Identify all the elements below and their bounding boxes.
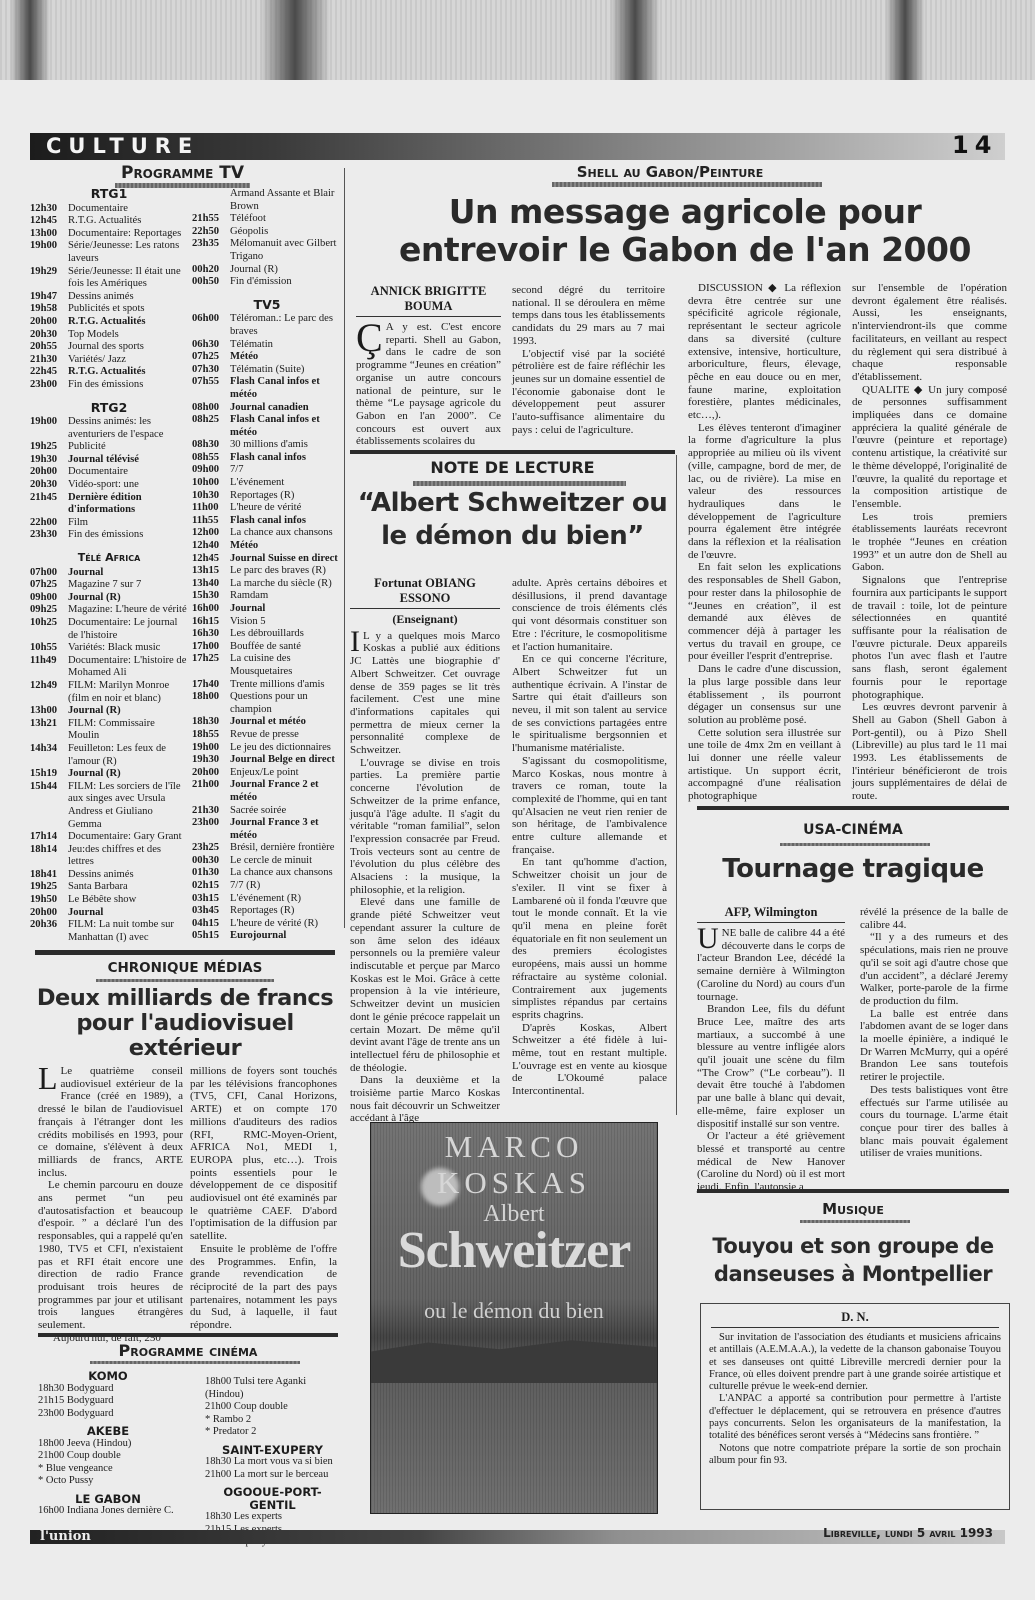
tv-time: 19h30 bbox=[192, 754, 230, 767]
tv-show: Journal canadien bbox=[230, 402, 342, 415]
scan-margin-top bbox=[0, 0, 1035, 80]
tv-listing-row: 21h30Sacrée soirée bbox=[192, 805, 342, 818]
kicker-rule bbox=[90, 1361, 300, 1364]
cinema-venue: SAINT-EXUPERY bbox=[205, 1444, 340, 1457]
paragraph: En tant qu'homme d'action, Schweitzer ch… bbox=[512, 856, 667, 1021]
tv-show: Magazine: L'heure de vérité bbox=[68, 604, 188, 617]
tv-time: 12h40 bbox=[192, 540, 230, 553]
tv-show: Météo bbox=[230, 351, 342, 364]
tv-listing-row: 19h25Santa Barbara bbox=[30, 881, 188, 894]
cinema-venue: OGOOUE-PORT-GENTIL bbox=[205, 1486, 340, 1511]
tv-listing-row: 13h00Journal (R) bbox=[30, 705, 188, 718]
tv-show: Téléroman.: Le parc des braves bbox=[230, 313, 342, 338]
tv-time: 13h21 bbox=[30, 718, 68, 743]
tv-time: 07h25 bbox=[30, 579, 68, 592]
tv-listing-row: 06h00Téléroman.: Le parc des braves bbox=[192, 313, 342, 338]
tv-listing-row: 09h25Magazine: L'heure de vérité bbox=[30, 604, 188, 617]
kicker-rule bbox=[780, 843, 930, 846]
paragraph: La balle est entrée dans l'abdomen avant… bbox=[860, 1008, 1008, 1084]
byline: AFP, Wilmington bbox=[697, 905, 845, 923]
tv-show: Jeu:des chiffres et des lettres bbox=[68, 844, 188, 869]
paragraph: Les œuvres devront parvenir à Shell au G… bbox=[852, 701, 1007, 803]
cinema-listings-right: 18h00 Tulsi tere Aganki (Hindou)21h00 Co… bbox=[205, 1376, 340, 1549]
cinema-showing: * Predator 2 bbox=[205, 1426, 340, 1439]
tv-listing-row: 13h40La marche du siècle (R) bbox=[192, 578, 342, 591]
tv-time: 21h45 bbox=[30, 492, 68, 517]
tv-listing-row: 08h25Flash Canal infos et météo bbox=[192, 414, 342, 439]
tv-listings-left: RTG1 12h30Documentaire12h45R.T.G. Actual… bbox=[30, 186, 188, 944]
tv-show: Dernière édition d'informations bbox=[68, 492, 188, 517]
tv-time: 19h25 bbox=[30, 441, 68, 454]
cinema-showing: * Blue vengeance bbox=[38, 1463, 178, 1476]
tv-listing-row: 08h3030 millions d'amis bbox=[192, 439, 342, 452]
tv-show: Reportages (R) bbox=[230, 905, 342, 918]
tv-listing-row: 01h30La chance aux chansons bbox=[192, 867, 342, 880]
tv-show: Série/Jeunesse: Les ratons laveurs bbox=[68, 240, 188, 265]
tv-listing-row: 21h00Journal France 2 et météo bbox=[192, 779, 342, 804]
tv-listing-row: 15h44FILM: Les sorciers de l'île aux sin… bbox=[30, 781, 188, 831]
tv-show: Vidéo-sport: une bbox=[68, 479, 188, 492]
tv-time: 10h30 bbox=[192, 490, 230, 503]
tv-listing-row: 13h00Documentaire: Reportages bbox=[30, 228, 188, 241]
tv-listing-row: 11h49Documentaire: L'histoire de Mohamed… bbox=[30, 655, 188, 680]
tv-show: Publicités et spots bbox=[68, 303, 188, 316]
tv-listing-row: 19h00Série/Jeunesse: Les ratons laveurs bbox=[30, 240, 188, 265]
tv-listing-row: 07h00Journal bbox=[30, 567, 188, 580]
channel-name: RTG2 bbox=[30, 402, 188, 415]
channel-name: TV5 bbox=[192, 299, 342, 312]
tv-time: 16h30 bbox=[192, 628, 230, 641]
tv-show: FILM: Marilyn Monroe (film en noir et bl… bbox=[68, 680, 188, 705]
author-role: (Enseignant) bbox=[350, 613, 500, 626]
paragraph: “Il y a des rumeurs et des spéculations,… bbox=[860, 931, 1008, 1007]
tv-time: 18h55 bbox=[192, 729, 230, 742]
tv-time: 15h30 bbox=[192, 590, 230, 603]
tv-show: FILM: La nuit tombe sur Manhattan (I) av… bbox=[68, 919, 188, 944]
tv-show: L'heure de vérité (R) bbox=[230, 918, 342, 931]
tv-time: 23h25 bbox=[192, 842, 230, 855]
tv-show: Feuilleton: Les feux de l'amour (R) bbox=[68, 743, 188, 768]
tv-time: 22h45 bbox=[30, 366, 68, 379]
tv-time: 06h30 bbox=[192, 339, 230, 352]
tv-show: Flash canal infos bbox=[230, 452, 342, 465]
tv-time: 20h00 bbox=[30, 316, 68, 329]
tv-show: Journal (R) bbox=[230, 264, 342, 277]
usa-cinema-kicker: USA-CINÉMA bbox=[697, 822, 1009, 838]
tv-time: 23h00 bbox=[192, 817, 230, 842]
byline: ANNICK BRIGITTE BOUMA bbox=[356, 284, 501, 317]
newspaper-logo: l'union bbox=[40, 1530, 91, 1544]
kicker-rule bbox=[413, 481, 626, 486]
tv-time: 17h14 bbox=[30, 831, 68, 844]
tv-listing-row: 19h47Dessins animés bbox=[30, 291, 188, 304]
tv-time bbox=[192, 188, 230, 213]
tv-show: Journal et météo bbox=[230, 716, 342, 729]
tv-listing-row: 03h45Reportages (R) bbox=[192, 905, 342, 918]
paragraph: Or l'acteur a été grièvement blessé et t… bbox=[697, 1130, 845, 1194]
tv-show: Sacrée soirée bbox=[230, 805, 342, 818]
tv-listing-row: 07h30Télématin (Suite) bbox=[192, 364, 342, 377]
tv-show: Dessins animés bbox=[68, 291, 188, 304]
paragraph: QUALITE ◆ Un jury composé de personnes s… bbox=[852, 384, 1007, 511]
paragraph: NE balle de calibre 44 a été découverte … bbox=[697, 927, 845, 1003]
tv-listing-row: 08h00Journal canadien bbox=[192, 402, 342, 415]
tv-time: 09h00 bbox=[192, 464, 230, 477]
tv-time: 01h30 bbox=[192, 867, 230, 880]
tv-show: Enjeux/Le point bbox=[230, 767, 342, 780]
tv-time: 21h00 bbox=[192, 779, 230, 804]
tv-time: 00h50 bbox=[192, 276, 230, 289]
paragraph: Signalons que l'entreprise fournira aux … bbox=[852, 574, 1007, 701]
scan-artifact bbox=[10, 0, 50, 80]
tv-time: 21h30 bbox=[30, 354, 68, 367]
tv-show: Variétés/ Jazz bbox=[68, 354, 188, 367]
tv-listing-row: 23h25Brésil, dernière frontière bbox=[192, 842, 342, 855]
programme-tv-kicker: Programme TV bbox=[30, 163, 335, 183]
paragraph: Notons que notre compatriote prépare la … bbox=[709, 1443, 1001, 1468]
hills-silhouette bbox=[371, 1338, 657, 1383]
tv-show: Revue de presse bbox=[230, 729, 342, 742]
tv-time: 12h00 bbox=[192, 527, 230, 540]
tv-listing-row: 16h30Les débrouillards bbox=[192, 628, 342, 641]
paragraph: En fait selon les explications des respo… bbox=[688, 561, 841, 663]
tv-time: 00h30 bbox=[192, 855, 230, 868]
tv-time: 20h30 bbox=[30, 479, 68, 492]
tv-time: 03h45 bbox=[192, 905, 230, 918]
tv-listing-row: 12h00La chance aux chansons bbox=[192, 527, 342, 540]
tv-time: 11h49 bbox=[30, 655, 68, 680]
tv-time: 17h40 bbox=[192, 679, 230, 692]
tv-show: Dessins animés bbox=[68, 869, 188, 882]
tv-show: L'heure de vérité bbox=[230, 502, 342, 515]
tv-time: 19h50 bbox=[30, 894, 68, 907]
tv-time: 06h00 bbox=[192, 313, 230, 338]
tv-show: FILM: Les sorciers de l'île aux singes a… bbox=[68, 781, 188, 831]
tv-show: Série/Jeunesse: Il était une fois les Am… bbox=[68, 266, 188, 291]
tv-time: 13h00 bbox=[30, 705, 68, 718]
tv-listing-row: 09h00Journal (R) bbox=[30, 592, 188, 605]
cinema-showing: 21h00 Coup double bbox=[38, 1450, 178, 1463]
tv-listing-row: 23h35Mélomanuit avec Gilbert Trigano bbox=[192, 238, 342, 263]
tv-show: Documentaire: Gary Grant bbox=[68, 831, 188, 844]
tv-show: Questions pour un champion bbox=[230, 691, 342, 716]
book-author: MARCO KOSKAS bbox=[371, 1129, 657, 1201]
tv-time: 15h19 bbox=[30, 768, 68, 781]
tv-time: 13h15 bbox=[192, 565, 230, 578]
byline: D. N. bbox=[711, 1310, 999, 1328]
tv-time: 08h55 bbox=[192, 452, 230, 465]
note-lecture-col-1: Fortunat OBIANG ESSONO (Enseignant) IL y… bbox=[350, 576, 500, 1125]
tv-show: Documentaire bbox=[68, 203, 188, 216]
paragraph: second dégré du territoire national. Il … bbox=[512, 284, 665, 348]
tv-listing-row: 19h25Publicité bbox=[30, 441, 188, 454]
tv-time: 19h00 bbox=[30, 240, 68, 265]
note-lecture-headline: “Albert Schweitzer ou le démon du bien” bbox=[350, 487, 675, 553]
tv-time: 18h14 bbox=[30, 844, 68, 869]
tv-show: Journal bbox=[68, 907, 188, 920]
programme-cinema-kicker: Programme cinéma bbox=[38, 1341, 338, 1360]
tv-listing-row: 02h157/7 (R) bbox=[192, 880, 342, 893]
tv-time: 18h00 bbox=[192, 691, 230, 716]
tv-time: 17h00 bbox=[192, 641, 230, 654]
tv-show: Journal (R) bbox=[68, 705, 188, 718]
cinema-showing: * Octo Pussy bbox=[38, 1475, 178, 1488]
shell-col-1: ANNICK BRIGITTE BOUMA ÇA y est. C'est en… bbox=[356, 284, 501, 448]
paragraph: Cette solution sera illustrée sur une to… bbox=[688, 727, 841, 803]
tv-show: Journal (R) bbox=[68, 592, 188, 605]
tv-time: 20h36 bbox=[30, 919, 68, 944]
musique-body: Sur invitation de l'association des étud… bbox=[709, 1332, 1001, 1467]
tv-listing-row: 22h50Géopolis bbox=[192, 226, 342, 239]
tv-time: 20h55 bbox=[30, 341, 68, 354]
tv-time: 19h47 bbox=[30, 291, 68, 304]
paragraph: D'après Koskas, Albert Schweitzer a été … bbox=[512, 1022, 667, 1098]
tv-time: 07h55 bbox=[192, 376, 230, 401]
musique-headline: Touyou et son groupe de danseuses à Mont… bbox=[697, 1232, 1009, 1288]
tv-listing-row: 15h19Journal (R) bbox=[30, 768, 188, 781]
tv-show: 30 millions d'amis bbox=[230, 439, 342, 452]
tv-listing-row: 12h40Météo bbox=[192, 540, 342, 553]
tv-listing-row: 15h30Ramdam bbox=[192, 590, 342, 603]
column-divider bbox=[344, 168, 345, 928]
tv-time: 19h58 bbox=[30, 303, 68, 316]
paragraph: Elevé dans une famille de grande piété S… bbox=[350, 896, 500, 1074]
paragraph: En ce qui concerne l'écriture, Albert Sc… bbox=[512, 653, 667, 755]
tv-show: Journal des sports bbox=[68, 341, 188, 354]
tv-show: Télématin (Suite) bbox=[230, 364, 342, 377]
chronique-medias-headline: Deux milliards de francs pour l'audiovis… bbox=[32, 986, 338, 1061]
tv-show: Fin des émissions bbox=[68, 379, 188, 392]
tv-show: Film bbox=[68, 517, 188, 530]
kicker-rule bbox=[96, 979, 274, 982]
tv-listing-row: 21h45Dernière édition d'informations bbox=[30, 492, 188, 517]
tv-show: Eurojournal bbox=[230, 930, 342, 943]
tv-show: Documentaire bbox=[68, 466, 188, 479]
section-title: CULTURE bbox=[46, 133, 199, 160]
tv-listing-row: 12h45R.T.G. Actualités bbox=[30, 215, 188, 228]
tv-time: 12h49 bbox=[30, 680, 68, 705]
column-divider bbox=[676, 455, 677, 1115]
tv-time: 19h29 bbox=[30, 266, 68, 291]
tv-show: Téléfoot bbox=[230, 213, 342, 226]
cinema-showing: * Rambo 2 bbox=[205, 1414, 340, 1427]
tv-listing-row: 10h30Reportages (R) bbox=[192, 490, 342, 503]
tv-show: Journal bbox=[230, 603, 342, 616]
tv-show: La cuisine des Mousquetaires bbox=[230, 653, 342, 678]
paragraph: Les élèves tenteront d'imaginer la forme… bbox=[688, 422, 841, 562]
tv-show: Journal (R) bbox=[68, 768, 188, 781]
tv-listing-row: 13h15Le parc des braves (R) bbox=[192, 565, 342, 578]
tv-listing-row: 20h00Documentaire bbox=[30, 466, 188, 479]
dateline: Libreville, lundi 5 avril 1993 bbox=[823, 1526, 993, 1540]
tv-show: 7/7 (R) bbox=[230, 880, 342, 893]
tv-show: Documentaire: Le journal de l'histoire bbox=[68, 617, 188, 642]
tv-listing-row: 08h55Flash canal infos bbox=[192, 452, 342, 465]
channel-name: Télé Africa bbox=[30, 552, 188, 565]
cinema-showing: 18h00 Tulsi tere Aganki (Hindou) bbox=[205, 1376, 340, 1401]
cinema-showing: 23h00 Bodyguard bbox=[38, 1408, 178, 1421]
chronique-medias-col-1: LLe quatrième conseil audiovisuel extéri… bbox=[38, 1065, 183, 1344]
tv-listings-right: Armand Assante et Blair Brown21h55Téléfo… bbox=[192, 188, 342, 943]
tv-time: 19h30 bbox=[30, 454, 68, 467]
usa-cinema-col-2: révélé la présence de la balle de calibr… bbox=[860, 906, 1008, 1160]
tv-show: Armand Assante et Blair Brown bbox=[230, 188, 342, 213]
shell-col-2: second dégré du territoire national. Il … bbox=[512, 284, 665, 436]
paragraph: Le chemin parcouru en douze ans permet “… bbox=[38, 1179, 183, 1331]
tv-time: 08h25 bbox=[192, 414, 230, 439]
tv-time: 19h00 bbox=[30, 416, 68, 441]
tv-time: 16h00 bbox=[192, 603, 230, 616]
tv-time: 09h25 bbox=[30, 604, 68, 617]
paragraph: adulte. Après certains déboires et désil… bbox=[512, 577, 667, 653]
dropcap: U bbox=[697, 927, 719, 951]
tv-show: Journal France 2 et météo bbox=[230, 779, 342, 804]
tv-time: 13h40 bbox=[192, 578, 230, 591]
tv-show: Les débrouillards bbox=[230, 628, 342, 641]
paragraph: L'ouvrage se divise en trois parties. La… bbox=[350, 757, 500, 897]
tv-show: Journal Belge en direct bbox=[230, 754, 342, 767]
musique-kicker: Musique bbox=[697, 1200, 1009, 1218]
tv-time: 22h50 bbox=[192, 226, 230, 239]
tv-show: Télématin bbox=[230, 339, 342, 352]
tv-time: 07h30 bbox=[192, 364, 230, 377]
tv-listing-row: 10h00L'événement bbox=[192, 477, 342, 490]
paragraph: S'agissant du cosmopolitisme, Marco Kosk… bbox=[512, 755, 667, 857]
tv-show: Vision 5 bbox=[230, 616, 342, 629]
paragraph: Des tests balistiques vont être effectué… bbox=[860, 1084, 1008, 1160]
shell-headline: Un message agricole pour entrevoir le Ga… bbox=[360, 193, 1010, 269]
cinema-showing: 21h00 La mort sur le berceau bbox=[205, 1469, 340, 1482]
tv-listing-row: 18h00Questions pour un champion bbox=[192, 691, 342, 716]
paragraph: Ensuite le problème de l'offre des Progr… bbox=[190, 1243, 337, 1332]
paragraph: révélé la présence de la balle de calibr… bbox=[860, 906, 1008, 931]
tv-listing-row: 10h55Variétés: Black music bbox=[30, 642, 188, 655]
tv-show: Journal bbox=[68, 567, 188, 580]
tv-show: Fin des émissions bbox=[68, 529, 188, 542]
tv-show: Brésil, dernière frontière bbox=[230, 842, 342, 855]
tv-time: 11h55 bbox=[192, 515, 230, 528]
tv-listing-row: 20h30Vidéo-sport: une bbox=[30, 479, 188, 492]
tv-show: L'événement (R) bbox=[230, 893, 342, 906]
tv-listing-row: 12h30Documentaire bbox=[30, 203, 188, 216]
tv-show: Documentaire: L'histoire de Mohamed Ali bbox=[68, 655, 188, 680]
byline: Fortunat OBIANG ESSONO bbox=[350, 576, 500, 609]
tv-show: Top Models bbox=[68, 329, 188, 342]
tv-listing-row: 07h55Flash Canal infos et météo bbox=[192, 376, 342, 401]
tv-listing-row: 03h15L'événement (R) bbox=[192, 893, 342, 906]
paragraph: Le quatrième conseil audiovisuel extérie… bbox=[38, 1065, 183, 1179]
tv-listing-row: 18h30Journal et météo bbox=[192, 716, 342, 729]
tv-listing-row: 17h14Documentaire: Gary Grant bbox=[30, 831, 188, 844]
tv-time: 15h44 bbox=[30, 781, 68, 831]
tv-listing-row: 10h25Documentaire: Le journal de l'histo… bbox=[30, 617, 188, 642]
tv-listing-row: 07h25Magazine 7 sur 7 bbox=[30, 579, 188, 592]
tv-show: Journal France 3 et météo bbox=[230, 817, 342, 842]
tv-time: 21h30 bbox=[192, 805, 230, 818]
tv-time: 14h34 bbox=[30, 743, 68, 768]
paragraph: DISCUSSION ◆ La réflexion devra être cen… bbox=[688, 282, 841, 422]
tv-listing-row: 19h50Le Bébête show bbox=[30, 894, 188, 907]
tv-show: La chance aux chansons bbox=[230, 867, 342, 880]
musique-article-box: D. N. Sur invitation de l'association de… bbox=[700, 1303, 1010, 1510]
tv-time: 04h15 bbox=[192, 918, 230, 931]
tv-show: R.T.G. Actualités bbox=[68, 215, 188, 228]
tv-listing-row: 20h30Top Models bbox=[30, 329, 188, 342]
tv-time: 12h45 bbox=[192, 553, 230, 566]
tv-time: 20h00 bbox=[192, 767, 230, 780]
tv-listing-row: 21h30Variétés/ Jazz bbox=[30, 354, 188, 367]
cinema-showing: 21h00 Coup double bbox=[205, 1401, 340, 1414]
tv-listing-row: 00h50Fin d'émission bbox=[192, 276, 342, 289]
tv-listing-row: 22h45R.T.G. Actualités bbox=[30, 366, 188, 379]
channel-name: RTG1 bbox=[30, 188, 188, 201]
note-lecture-kicker: NOTE DE LECTURE bbox=[350, 458, 675, 477]
note-lecture-col-2: adulte. Après certains déboires et désil… bbox=[512, 577, 667, 1098]
scan-artifact bbox=[885, 0, 925, 80]
tv-show: Journal Suisse en direct bbox=[230, 553, 342, 566]
tv-listing-row: 19h30Journal télévisé bbox=[30, 454, 188, 467]
cinema-showing: 16h00 Indiana Jones dernière C. bbox=[38, 1505, 178, 1518]
section-rule bbox=[697, 806, 1009, 810]
tv-time: 16h15 bbox=[192, 616, 230, 629]
tv-show: Le jeu des dictionnaires bbox=[230, 742, 342, 755]
tv-time: 11h00 bbox=[192, 502, 230, 515]
tv-show: Trente millions d'amis bbox=[230, 679, 342, 692]
tv-show: R.T.G. Actualités bbox=[68, 366, 188, 379]
tv-listing-row: 13h21FILM: Commissaire Moulin bbox=[30, 718, 188, 743]
tv-show: Ramdam bbox=[230, 590, 342, 603]
shell-col-4: sur l'ensemble de l'opération devront ég… bbox=[852, 282, 1007, 803]
tv-show: La marche du siècle (R) bbox=[230, 578, 342, 591]
tv-listing-row: 05h15Eurojournal bbox=[192, 930, 342, 943]
tv-show: La chance aux chansons bbox=[230, 527, 342, 540]
tv-show: Mélomanuit avec Gilbert Trigano bbox=[230, 238, 342, 263]
tv-show: Documentaire: Reportages bbox=[68, 228, 188, 241]
tv-time: 19h00 bbox=[192, 742, 230, 755]
tv-show: L'événement bbox=[230, 477, 342, 490]
cinema-venue: KOMO bbox=[38, 1370, 178, 1383]
dropcap: I bbox=[350, 630, 360, 654]
chronique-medias-kicker: CHRONIQUE MÉDIAS bbox=[35, 960, 335, 976]
tv-show: Météo bbox=[230, 540, 342, 553]
author-name: Fortunat OBIANG ESSONO bbox=[350, 576, 500, 606]
tv-listing-row: 19h30Journal Belge en direct bbox=[192, 754, 342, 767]
tv-time: 13h00 bbox=[30, 228, 68, 241]
tv-listing-row: 04h15L'heure de vérité (R) bbox=[192, 918, 342, 931]
tv-time: 20h00 bbox=[30, 907, 68, 920]
tv-listing-row: 19h00Dessins animés: les aventuriers de … bbox=[30, 416, 188, 441]
tv-time: 09h00 bbox=[30, 592, 68, 605]
tv-time: 05h15 bbox=[192, 930, 230, 943]
tv-listing-row: 20h55Journal des sports bbox=[30, 341, 188, 354]
page-number: 14 bbox=[952, 130, 997, 160]
tv-time: 03h15 bbox=[192, 893, 230, 906]
tv-show: Fin d'émission bbox=[230, 276, 342, 289]
paragraph: sur l'ensemble de l'opération devront ég… bbox=[852, 282, 1007, 384]
paragraph: L'ANPAC a apporté sa contribution pour p… bbox=[709, 1393, 1001, 1442]
tv-listing-row: 18h41Dessins animés bbox=[30, 869, 188, 882]
tv-time: 08h30 bbox=[192, 439, 230, 452]
tv-time: 18h41 bbox=[30, 869, 68, 882]
cinema-showing: 18h00 Jeeva (Hindou) bbox=[38, 1438, 178, 1451]
tv-show: Magazine 7 sur 7 bbox=[68, 579, 188, 592]
tv-listing-row: 16h00Journal bbox=[192, 603, 342, 616]
tv-time: 19h25 bbox=[30, 881, 68, 894]
tv-listing-row: 19h58Publicités et spots bbox=[30, 303, 188, 316]
tv-listing-row: 14h34Feuilleton: Les feux de l'amour (R) bbox=[30, 743, 188, 768]
tv-listing-row: 17h40Trente millions d'amis bbox=[192, 679, 342, 692]
scan-artifact bbox=[260, 0, 330, 80]
